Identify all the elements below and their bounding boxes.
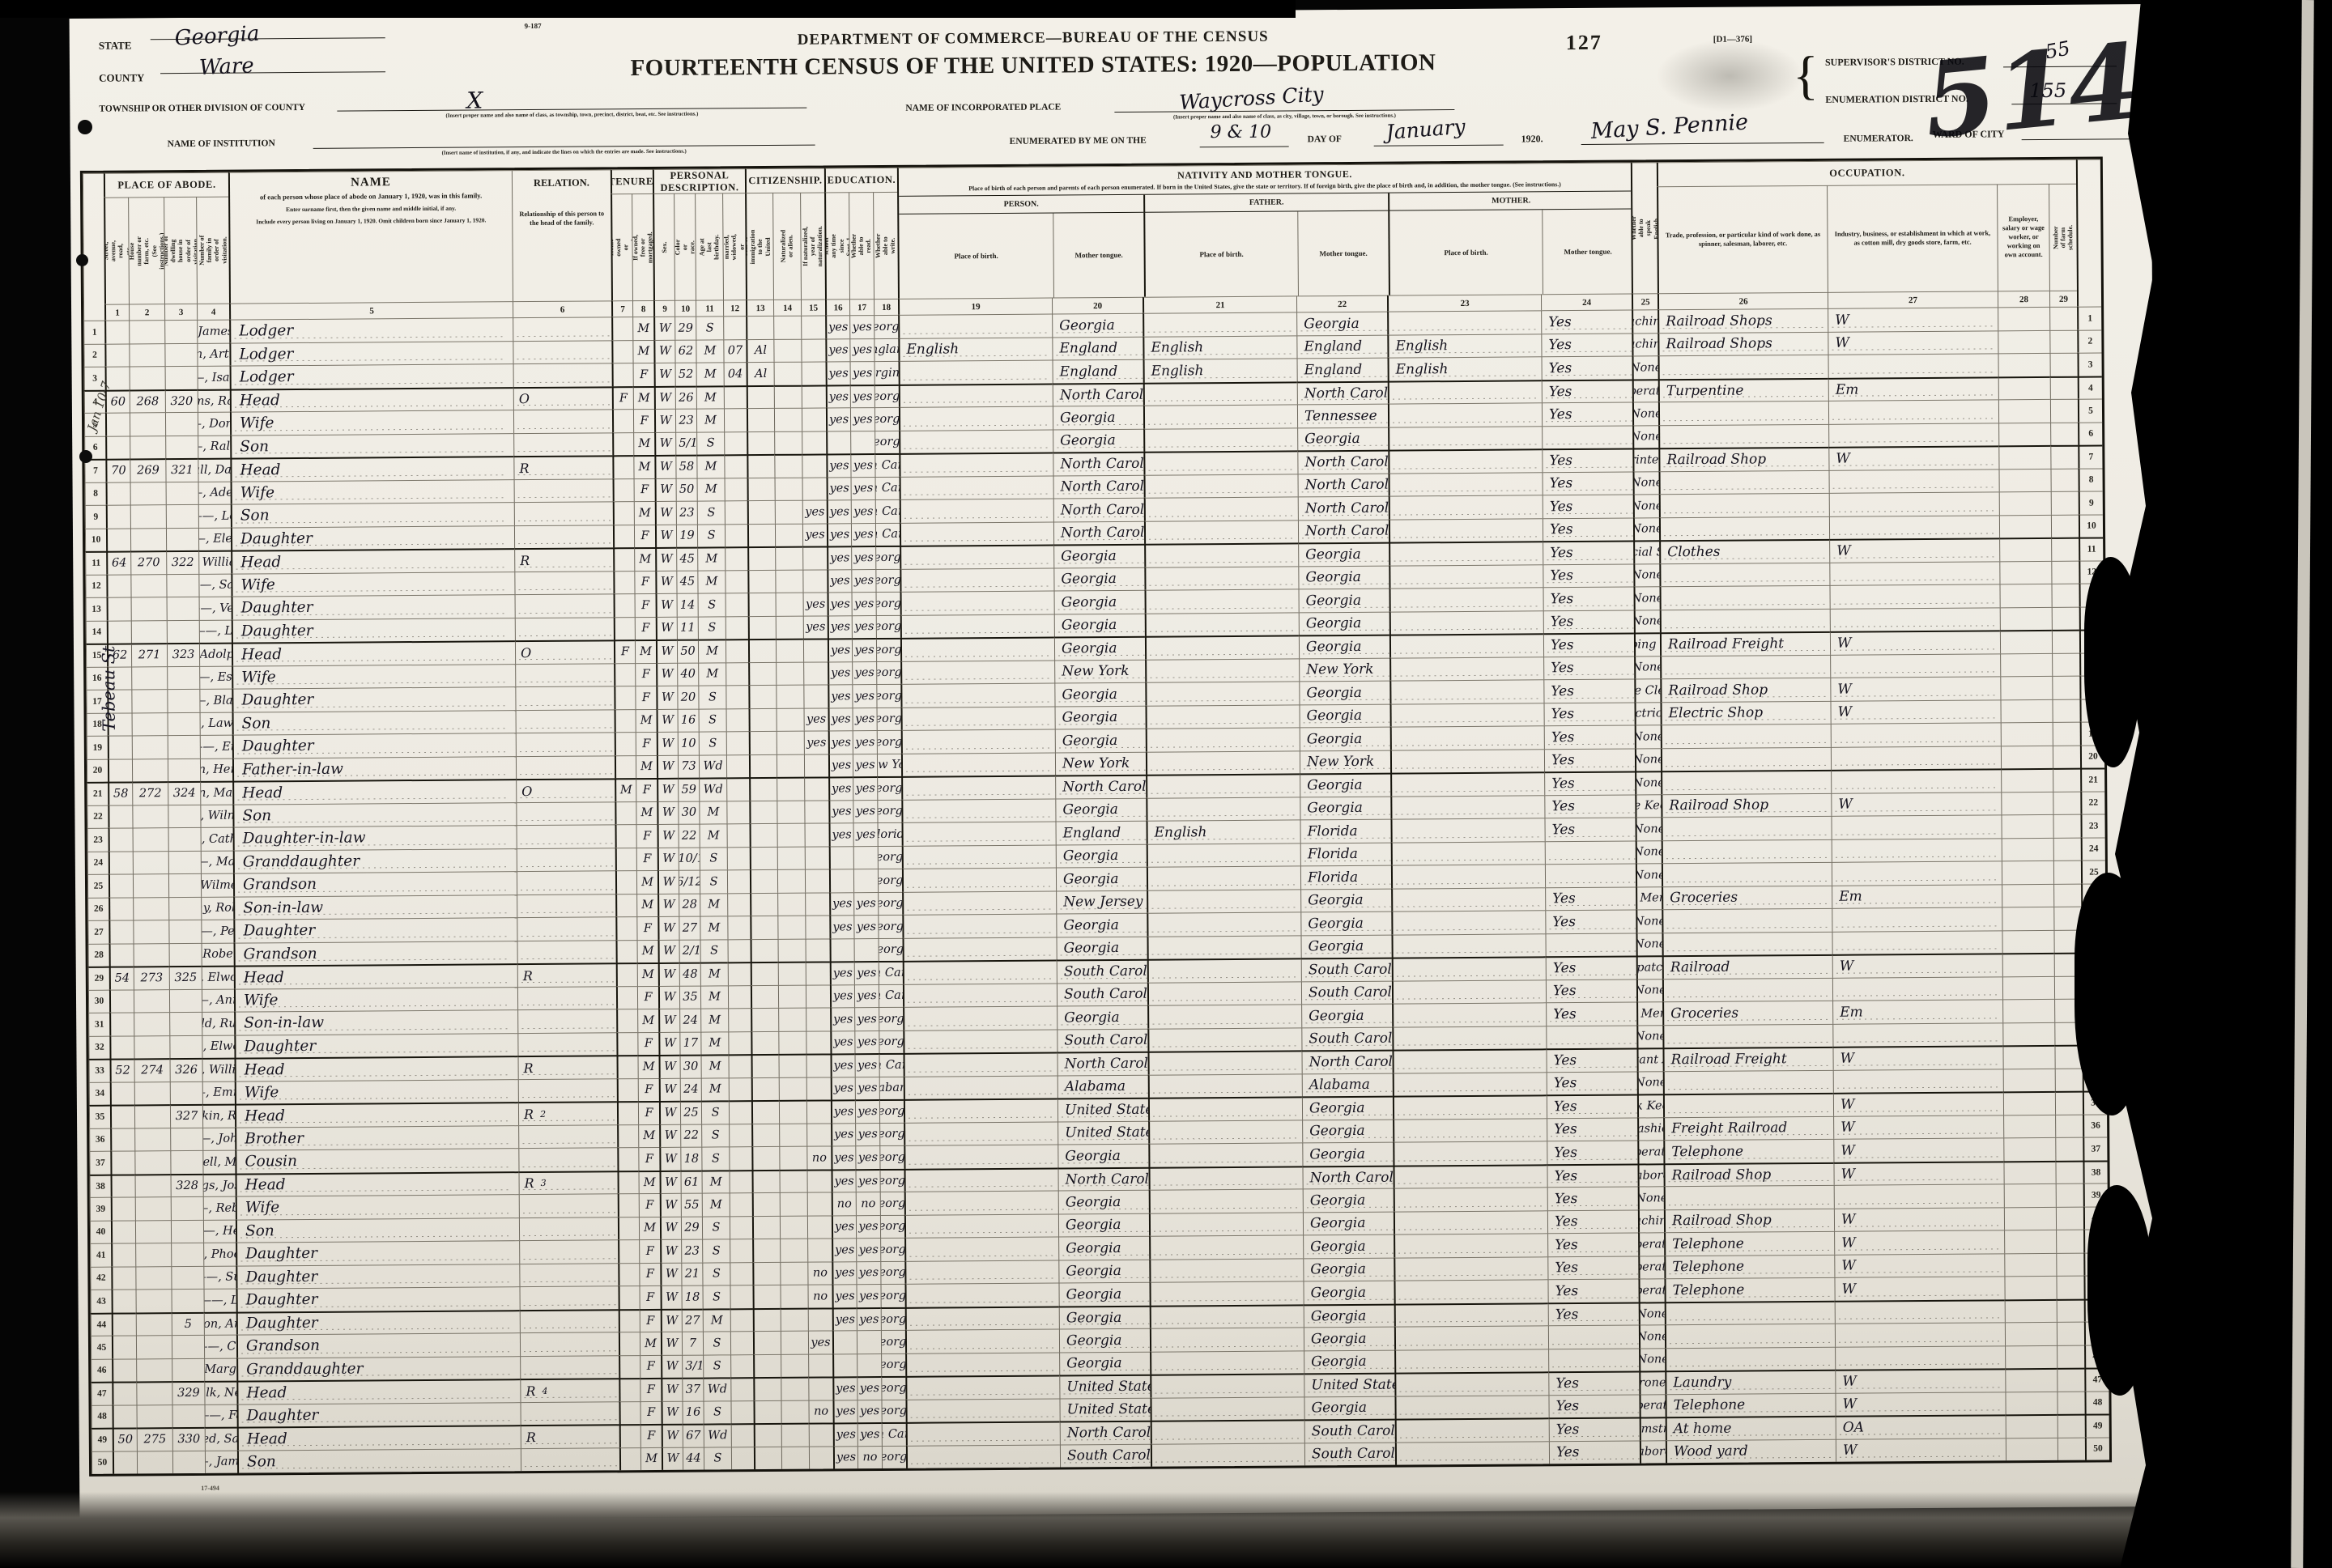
cell <box>618 1171 639 1194</box>
cell: None <box>1632 425 1658 448</box>
cell: ———, Ethel <box>200 735 232 759</box>
cell: Yes <box>1547 1233 1638 1256</box>
cell <box>1829 584 1999 608</box>
cell: English <box>898 337 1052 361</box>
cell: W <box>1831 792 2001 816</box>
cell: Railroad Shop <box>1664 1208 1834 1232</box>
column-number: 14 <box>773 300 801 316</box>
cell: W <box>660 1239 681 1263</box>
cell-name: Grandson <box>233 871 517 896</box>
cell <box>1149 1234 1303 1259</box>
cell: Georgia <box>1057 1005 1147 1029</box>
cell <box>900 545 1053 569</box>
cell: Yes <box>1546 1048 1636 1072</box>
group-occupation-: OCCUPATION. <box>1657 159 2076 187</box>
column-number: 16 <box>825 299 849 315</box>
cell: W <box>653 339 674 363</box>
cell: M <box>696 362 724 385</box>
cell <box>805 822 829 846</box>
cell <box>2002 929 2053 953</box>
line-number-right: 4 <box>2078 376 2102 399</box>
cell <box>905 1328 1059 1353</box>
column-number: 17 <box>849 299 874 315</box>
cell <box>2002 883 2053 907</box>
cell <box>724 385 747 409</box>
cell: English <box>1143 335 1296 359</box>
cell <box>168 896 201 920</box>
cell <box>2003 1137 2055 1161</box>
cell <box>1658 401 1828 425</box>
cell: M <box>696 385 724 409</box>
cell <box>904 1283 1058 1307</box>
cell <box>905 1352 1059 1376</box>
cell <box>778 962 806 985</box>
line-number-left: 33 <box>89 1059 110 1082</box>
cell: W <box>1832 1045 2002 1069</box>
enumeration-label: ENUMERATION DISTRICT NO. <box>1825 93 1968 106</box>
cell <box>779 1123 806 1146</box>
cell <box>1389 518 1543 542</box>
cell <box>1150 1350 1304 1375</box>
cell: W <box>1830 676 2000 700</box>
cell <box>1389 679 1543 703</box>
cell: 272 <box>132 781 168 805</box>
cell: 59 <box>678 778 699 801</box>
cell: 58 <box>675 455 696 478</box>
cell <box>809 1446 833 1469</box>
cell <box>802 546 827 569</box>
cell: 24 <box>679 1009 700 1032</box>
cell <box>111 1174 135 1197</box>
cell <box>901 798 1055 822</box>
cell: North Carolina <box>875 476 900 499</box>
name-header-text: Enter surname first, then the given name… <box>236 205 505 214</box>
cell <box>1392 1048 1546 1073</box>
cell: Em <box>1832 884 2002 908</box>
line-number-left: 22 <box>87 805 108 828</box>
cell: S <box>701 1100 729 1124</box>
cell <box>131 689 167 712</box>
cell: Georgia <box>1299 589 1389 612</box>
cell <box>614 663 635 686</box>
cell <box>133 920 168 943</box>
cell <box>113 1404 137 1428</box>
cell-relation <box>513 363 612 386</box>
cell <box>612 432 633 456</box>
cell <box>728 985 751 1009</box>
cell: yes <box>850 453 874 477</box>
cell: W <box>657 916 679 940</box>
cell <box>749 777 777 801</box>
cell: Georgia <box>880 1238 904 1261</box>
cell: yes <box>828 800 853 823</box>
group-tenure-: TENURE. <box>611 169 653 193</box>
cell <box>135 1266 171 1290</box>
cell: S <box>697 524 725 547</box>
cell: 320 <box>165 389 198 412</box>
cell <box>1999 491 2051 515</box>
cell <box>778 984 806 1008</box>
cell: English <box>1147 819 1300 843</box>
column-label: Year of immigration to the United States… <box>745 193 773 300</box>
cell <box>168 804 200 827</box>
line-number-left: 41 <box>90 1243 111 1267</box>
cell: yes <box>826 361 850 385</box>
cell-name: Daughter <box>232 594 515 619</box>
cell <box>1663 1093 1833 1117</box>
cell <box>747 454 774 478</box>
cell: Yes <box>1548 1370 1639 1394</box>
cell <box>164 342 197 366</box>
cell: Yes <box>1544 818 1635 841</box>
cell <box>747 385 774 408</box>
institution-label: NAME OF INSTITUTION <box>168 138 275 149</box>
cell <box>1662 977 1832 1001</box>
cell <box>614 593 635 617</box>
cell: None <box>1633 494 1659 517</box>
cell: yes <box>808 1330 832 1353</box>
cell <box>615 824 636 848</box>
cell <box>723 316 746 339</box>
enumerator-label: ENUMERATOR. <box>1844 134 1913 144</box>
line-number-left: 28 <box>88 943 109 967</box>
cell <box>2005 1322 2057 1345</box>
cell <box>774 408 802 431</box>
cell: North Carolina <box>1057 1052 1147 1075</box>
cell: F <box>640 1354 661 1378</box>
cell <box>1391 841 1545 865</box>
cell <box>752 1239 780 1262</box>
cell <box>106 528 130 551</box>
cell: North Carolina <box>1302 1165 1393 1188</box>
cell <box>613 571 634 594</box>
cell <box>1660 654 1830 678</box>
cell: Railroad Freight <box>1662 1047 1832 1071</box>
cell <box>1393 1118 1547 1142</box>
cell <box>1661 746 1831 771</box>
cell-name: Wife <box>230 410 513 435</box>
cell: F <box>633 409 654 432</box>
cell: 269 <box>130 458 165 482</box>
cell: Telephone <box>1664 1254 1834 1278</box>
cell: South Carolina <box>882 1422 906 1446</box>
cell <box>1391 933 1545 958</box>
cell <box>2051 560 2079 584</box>
cell: Yes <box>1543 541 1633 564</box>
cell: F <box>634 478 655 501</box>
cell: South Carolina <box>1304 1442 1395 1465</box>
cell: Georgia <box>877 730 901 754</box>
cell <box>133 827 168 851</box>
column-number: 19 <box>898 298 1052 315</box>
cell <box>1390 795 1544 819</box>
english-label-text: Whether able to speak English. <box>1631 216 1658 240</box>
cell: ———, Sarah <box>198 573 231 597</box>
cell: M <box>697 546 725 570</box>
cell <box>752 1261 780 1285</box>
cell <box>809 1422 833 1446</box>
cell <box>2053 837 2081 860</box>
line-number-left: 44 <box>91 1312 112 1336</box>
cell: Machinist <box>1632 309 1658 333</box>
cell <box>730 1216 752 1239</box>
cell <box>167 689 199 712</box>
cell: Wd <box>704 1423 731 1447</box>
column-number: 27 <box>1828 291 1998 308</box>
column-number: 4 <box>197 304 229 320</box>
column-label-text: Single, married, widowed, or divorced. <box>722 233 746 260</box>
cell <box>112 1381 136 1404</box>
cell: M <box>700 962 728 985</box>
cell <box>806 1123 831 1146</box>
cell: W <box>1828 307 1998 331</box>
cell: Georgia <box>876 592 900 615</box>
cell: 271 <box>131 643 167 666</box>
column-number: 3 <box>164 304 197 320</box>
cell <box>613 478 634 502</box>
cell-name: Wife <box>234 987 517 1012</box>
line-number-right: 3 <box>2077 352 2101 376</box>
cell <box>748 685 776 708</box>
cell: W <box>655 501 676 525</box>
cell: M <box>637 939 658 962</box>
cell-name: Head <box>237 1425 521 1450</box>
column-number: 21 <box>1143 295 1296 312</box>
cell: W <box>655 547 676 571</box>
cell: Georgia <box>1053 544 1144 567</box>
cell <box>779 1146 806 1170</box>
line-number-left: 47 <box>91 1382 112 1405</box>
cell <box>806 1077 831 1100</box>
cell: 327 <box>170 1104 202 1128</box>
nativity-person-group: MOTHER. <box>1388 192 1632 211</box>
column-label-text: Number of family in order of visitation. <box>198 235 228 266</box>
cell <box>1389 495 1543 519</box>
cell: 04 <box>724 362 747 385</box>
cell: yes <box>854 984 879 1008</box>
cell: Yes <box>1543 610 1634 633</box>
name-header-text: Include every person living on January 1… <box>236 217 505 226</box>
cell: Georgia <box>1299 611 1389 635</box>
cell: Georgia <box>1299 635 1389 658</box>
cell: 16 <box>682 1400 703 1424</box>
cell <box>109 920 133 943</box>
cell <box>2005 1391 2057 1414</box>
cell <box>110 1128 134 1151</box>
cell: F <box>614 640 635 663</box>
street-name: Tebeau St <box>99 645 119 731</box>
cell <box>900 567 1053 592</box>
cell-name: Head <box>236 1171 519 1196</box>
cell <box>1542 425 1632 448</box>
cell <box>754 1446 781 1469</box>
cell <box>131 666 167 690</box>
cell <box>1151 1443 1304 1467</box>
column-number: 11 <box>696 300 723 316</box>
cell <box>779 1100 806 1124</box>
cell <box>832 1353 857 1377</box>
column-number: 1 <box>104 304 129 320</box>
cell: yes <box>826 385 850 408</box>
cell: South Carolina <box>1057 959 1147 983</box>
cell: M <box>696 339 723 363</box>
cell: South Carolina <box>1057 982 1147 1005</box>
cell: yes <box>828 661 852 685</box>
cell: yes <box>831 1099 855 1123</box>
cell <box>802 361 826 385</box>
cell <box>904 1167 1057 1192</box>
cell: 321 <box>165 458 198 482</box>
cell <box>2050 468 2078 491</box>
cell <box>781 1353 808 1377</box>
group-citizenship-: CITIZENSHIP. <box>745 168 824 193</box>
cell <box>617 1101 638 1124</box>
cell <box>105 412 130 436</box>
relation-header-text: RELATION. <box>517 176 606 189</box>
cell <box>1998 376 2050 399</box>
cell <box>808 1353 832 1377</box>
cell <box>1143 404 1297 428</box>
cell <box>803 684 828 708</box>
cell <box>775 477 802 500</box>
cell <box>776 661 803 685</box>
cell <box>903 960 1057 984</box>
cell: Yes <box>1546 1002 1636 1026</box>
cell <box>1834 1183 2004 1208</box>
cell <box>111 1266 135 1290</box>
cell: 329 <box>172 1381 204 1404</box>
column-label-text: If owned, free or mortgaged. <box>632 232 653 263</box>
cell <box>1658 423 1828 448</box>
cell <box>900 660 1054 684</box>
cell: ———, Esther <box>199 665 232 689</box>
cell <box>801 338 825 362</box>
cell: F <box>634 524 655 547</box>
cell: Yes <box>1543 679 1634 703</box>
cell <box>746 316 773 339</box>
cell <box>751 1169 779 1192</box>
cell <box>1143 312 1296 336</box>
cell <box>901 706 1055 730</box>
cell <box>109 827 133 851</box>
cell <box>2000 630 2052 653</box>
cell <box>137 1404 172 1428</box>
cell: yes <box>853 915 878 938</box>
cell-relation <box>521 1447 619 1471</box>
cell: yes <box>857 1400 881 1423</box>
cell <box>725 570 747 593</box>
column-label-text: Street, avenue, road, etc. <box>104 240 129 262</box>
cell <box>614 617 635 640</box>
cell-relation <box>517 894 615 917</box>
cell: F <box>639 1262 660 1285</box>
cell <box>171 1219 203 1243</box>
incorporated-label: NAME OF INCORPORATED PLACE <box>905 102 1061 113</box>
cell: W <box>656 593 677 617</box>
cell <box>2001 791 2053 814</box>
cell <box>172 1450 205 1473</box>
cell: 45 <box>676 570 697 593</box>
cell-name: Son <box>230 433 513 458</box>
cell: yes <box>856 1261 880 1285</box>
cell: South Carolina <box>1304 1419 1395 1443</box>
cell: English <box>1387 334 1541 358</box>
cell <box>111 1196 135 1220</box>
cell <box>1147 911 1300 936</box>
cell: Georgia <box>1298 565 1389 589</box>
cell: Georgia <box>1053 567 1144 590</box>
cell-relation <box>517 916 615 940</box>
cell: None <box>1632 402 1658 425</box>
cell: yes <box>802 499 827 523</box>
cell <box>1998 329 2049 353</box>
cell: Operator <box>1638 1278 1664 1302</box>
cell <box>774 385 802 408</box>
cell: S <box>702 1262 730 1285</box>
cell <box>901 776 1055 800</box>
cell: Georgia <box>876 684 900 708</box>
line-number-left: 9 <box>85 505 106 529</box>
cell <box>806 961 830 984</box>
cell <box>2000 699 2052 722</box>
cell: F <box>635 662 656 686</box>
cell <box>110 1150 134 1174</box>
cell <box>1389 587 1543 611</box>
cell: M <box>638 1055 659 1078</box>
cell <box>168 758 200 781</box>
cell-relation <box>517 848 615 871</box>
cell: yes <box>832 1307 857 1331</box>
cell: None <box>1636 863 1662 886</box>
cell-relation: R <box>521 1424 619 1447</box>
cell <box>166 527 198 550</box>
cell <box>1832 976 2002 1001</box>
cell-name: Lodger <box>229 317 513 342</box>
cell <box>802 407 826 431</box>
ward-label: WARD OF CITY <box>1933 128 2005 141</box>
cell <box>131 597 167 620</box>
cell <box>729 1170 751 1193</box>
cell: 7 <box>682 1332 703 1355</box>
cell: None <box>1635 817 1661 840</box>
cell <box>2055 1114 2083 1137</box>
cell-relation <box>520 1355 619 1379</box>
cell: 67 <box>683 1424 704 1447</box>
cell <box>106 504 130 528</box>
cell <box>1150 1396 1304 1421</box>
cell: None <box>1637 1071 1663 1094</box>
cell: S <box>699 708 726 732</box>
cell: ———, Catherine <box>201 827 233 851</box>
cell: 23 <box>676 501 697 525</box>
cell: yes <box>829 915 853 938</box>
cell <box>1832 1022 2002 1047</box>
cell: yes <box>850 407 874 431</box>
cell <box>1146 750 1300 775</box>
cell-name: Daughter <box>236 1286 520 1311</box>
cell <box>1394 1325 1548 1349</box>
cell: Georgia <box>879 1030 903 1053</box>
cell: yes <box>832 1238 856 1261</box>
cell: F <box>640 1378 661 1401</box>
cell: S <box>698 685 726 708</box>
cell: Florida <box>1300 865 1391 889</box>
cell: 52 <box>675 363 696 386</box>
cell: W <box>1829 538 1999 562</box>
cell: yes <box>850 385 874 408</box>
cell <box>130 574 166 597</box>
cell <box>619 1309 640 1332</box>
